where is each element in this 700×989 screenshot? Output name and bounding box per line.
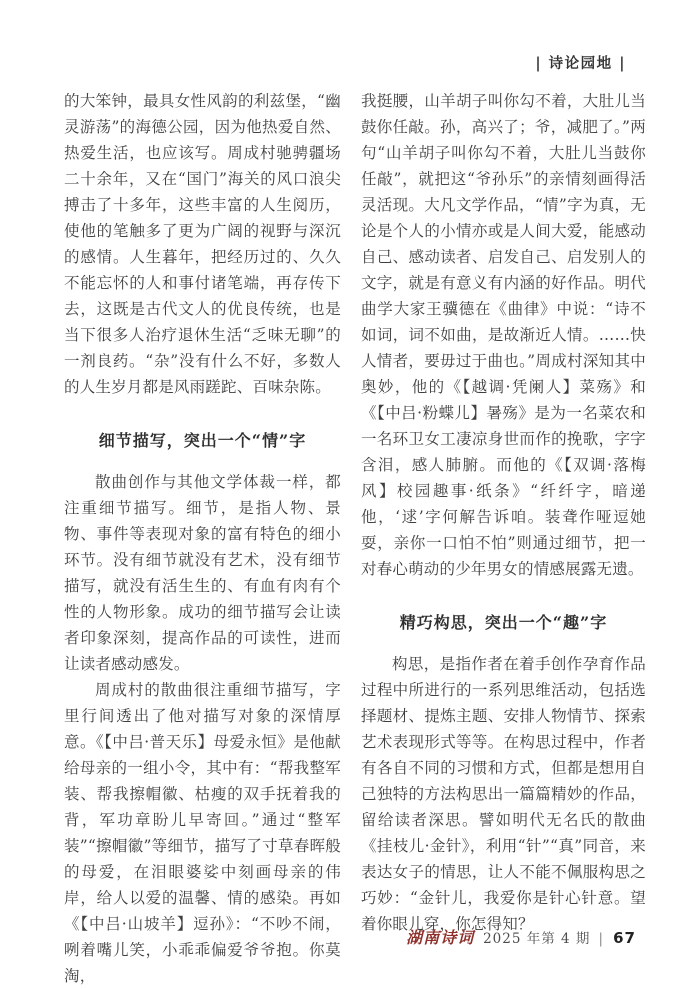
section-heading-detail: 细节描写，突出一个“情”字 — [64, 428, 341, 454]
section-heading-conception: 精巧构思，突出一个“趣”字 — [361, 610, 646, 636]
paragraph: 构思，是指作者在着手创作孕育作品过程中所进行的一系列思维活动，包括选择题材、提炼… — [361, 651, 646, 937]
magazine-page: | 诗论园地 | 的大笨钟，最具女性风韵的利兹堡，“幽灵游荡”的海德公园，因为他… — [0, 0, 700, 989]
paragraph: 周成村的散曲很注重细节描写，字里行间透出了他对描写对象的深情厚意。《【中吕·普天… — [64, 677, 341, 989]
page-number: 67 — [613, 929, 636, 947]
issue-label: 2025 年第 4 期 — [483, 927, 590, 947]
section-header: | 诗论园地 | — [535, 52, 626, 73]
paragraph-continued-from-left-column: 我挺腰，山羊胡子叫你勾不着，大肚儿当鼓你任敲。孙，高兴了；爷，减肥了。”两句“山… — [361, 88, 646, 582]
paragraph: 散曲创作与其他文学体裁一样，都注重细节描写。细节，是指人物、景物、事件等表现对象… — [64, 469, 341, 677]
left-column: 的大笨钟，最具女性风韵的利兹堡，“幽灵游荡”的海德公园，因为他热爱自然、热爱生活… — [64, 88, 341, 989]
footer-divider: | — [598, 931, 603, 947]
paragraph-continued-from-previous-page: 的大笨钟，最具女性风韵的利兹堡，“幽灵游荡”的海德公园，因为他热爱自然、热爱生活… — [64, 88, 341, 400]
right-column: 我挺腰，山羊胡子叫你勾不着，大肚儿当鼓你任敲。孙，高兴了；爷，减肥了。”两句“山… — [361, 88, 646, 937]
journal-name: 湖南诗词 — [406, 925, 474, 948]
page-footer: 湖南诗词 2025 年第 4 期 | 67 — [406, 925, 636, 948]
